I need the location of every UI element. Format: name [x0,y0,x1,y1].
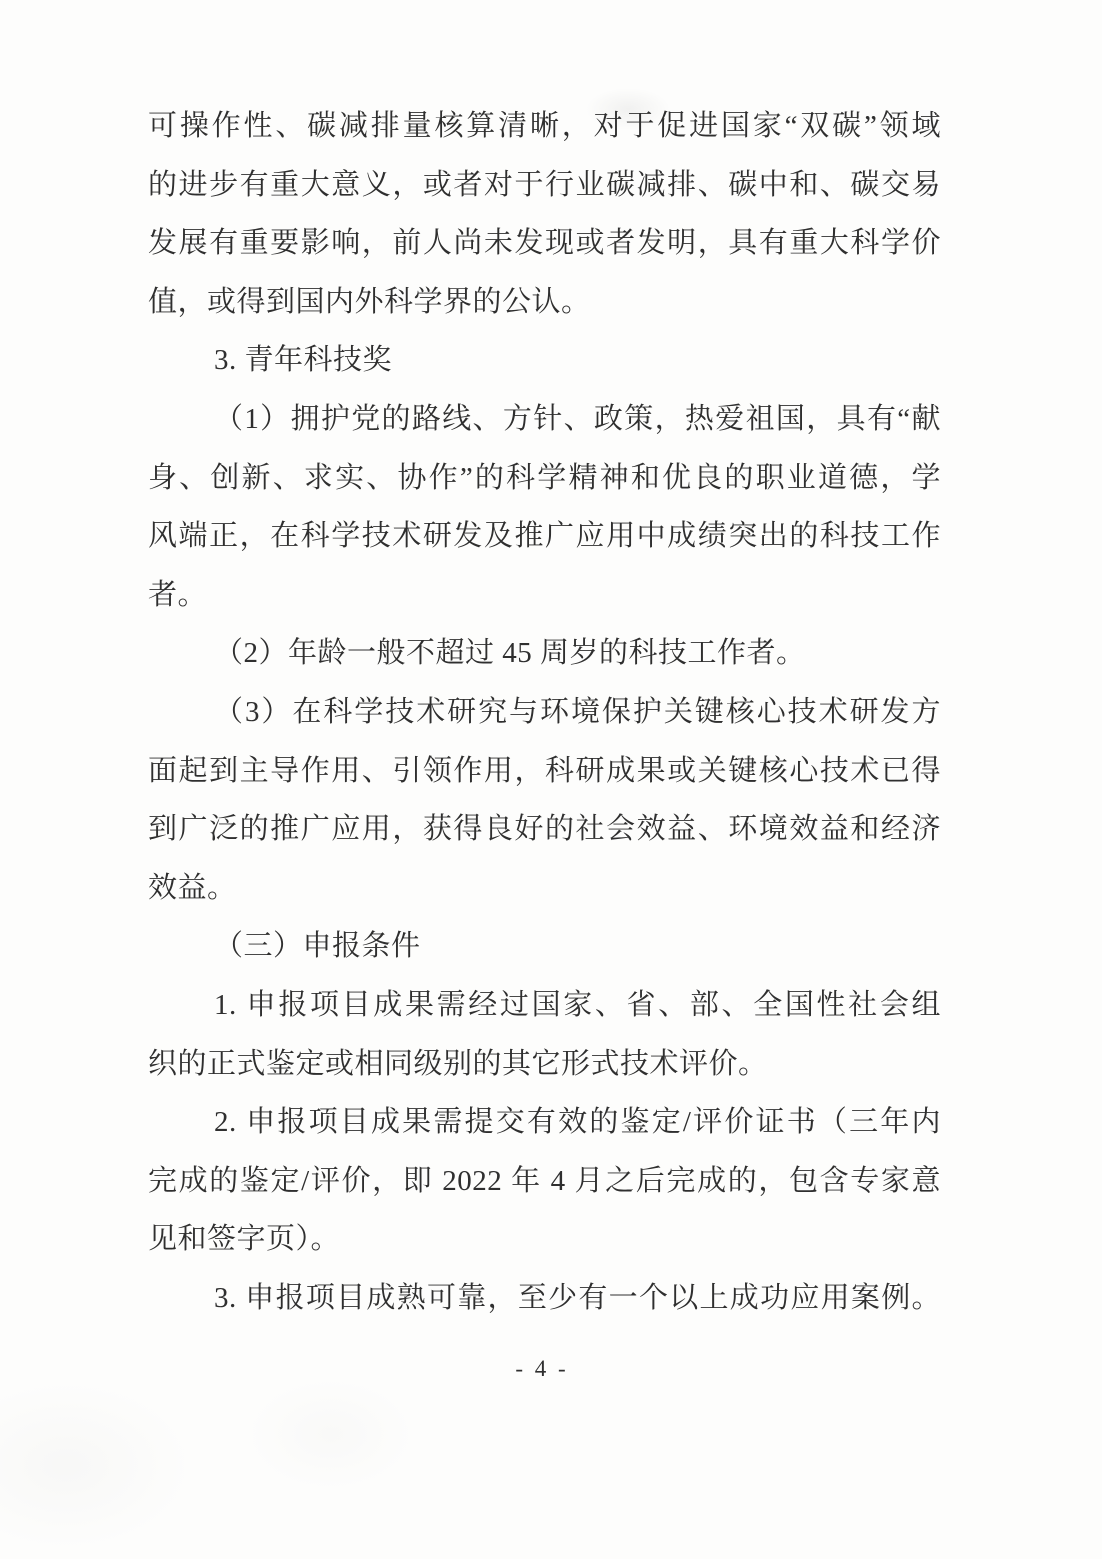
text-line: 可操作性、碳减排量核算清晰，对于促进国家“双碳”领域 [148,97,941,156]
text-line: 风端正，在科学技术研发及推广应用中成绩突出的科技工作 [148,507,941,566]
text-line: （三）申报条件 [148,917,941,976]
text-line: 效益。 [148,859,941,918]
text-line: 1. 申报项目成果需经过国家、省、部、全国性社会组 [148,976,941,1035]
page-number: - 4 - [0,1356,1084,1382]
text-line: 完成的鉴定/评价，即 2022 年 4 月之后完成的，包含专家意 [148,1152,941,1211]
text-line: 者。 [148,566,941,625]
text-line: 面起到主导作用、引领作用，科研成果或关键核心技术已得 [148,742,941,801]
text-line: 3. 申报项目成熟可靠，至少有一个以上成功应用案例。 [148,1269,941,1328]
text-line: 值，或得到国内外科学界的公认。 [148,273,941,332]
text-line: 身、创新、求实、协作”的科学精神和优良的职业道德，学 [148,449,941,508]
text-line: （2）年龄一般不超过 45 周岁的科技工作者。 [148,624,941,683]
document-body: 可操作性、碳减排量核算清晰，对于促进国家“双碳”领域的进步有重大意义，或者对于行… [148,97,941,1327]
text-line: 见和签字页）。 [148,1210,941,1269]
text-line: （1）拥护党的路线、方针、政策，热爱祖国，具有“献 [148,390,941,449]
text-line: 3. 青年科技奖 [148,331,941,390]
text-line: 发展有重要影响，前人尚未发现或者发明，具有重大科学价 [148,214,941,273]
text-line: 到广泛的推广应用，获得良好的社会效益、环境效益和经济 [148,800,941,859]
text-line: （3）在科学技术研究与环境保护关键核心技术研发方 [148,683,941,742]
text-line: 织的正式鉴定或相同级别的其它形式技术评价。 [148,1035,941,1094]
document-page: 可操作性、碳减排量核算清晰，对于促进国家“双碳”领域的进步有重大意义，或者对于行… [0,0,1102,1559]
text-line: 2. 申报项目成果需提交有效的鉴定/评价证书（三年内 [148,1093,941,1152]
text-line: 的进步有重大意义，或者对于行业碳减排、碳中和、碳交易 [148,156,941,215]
